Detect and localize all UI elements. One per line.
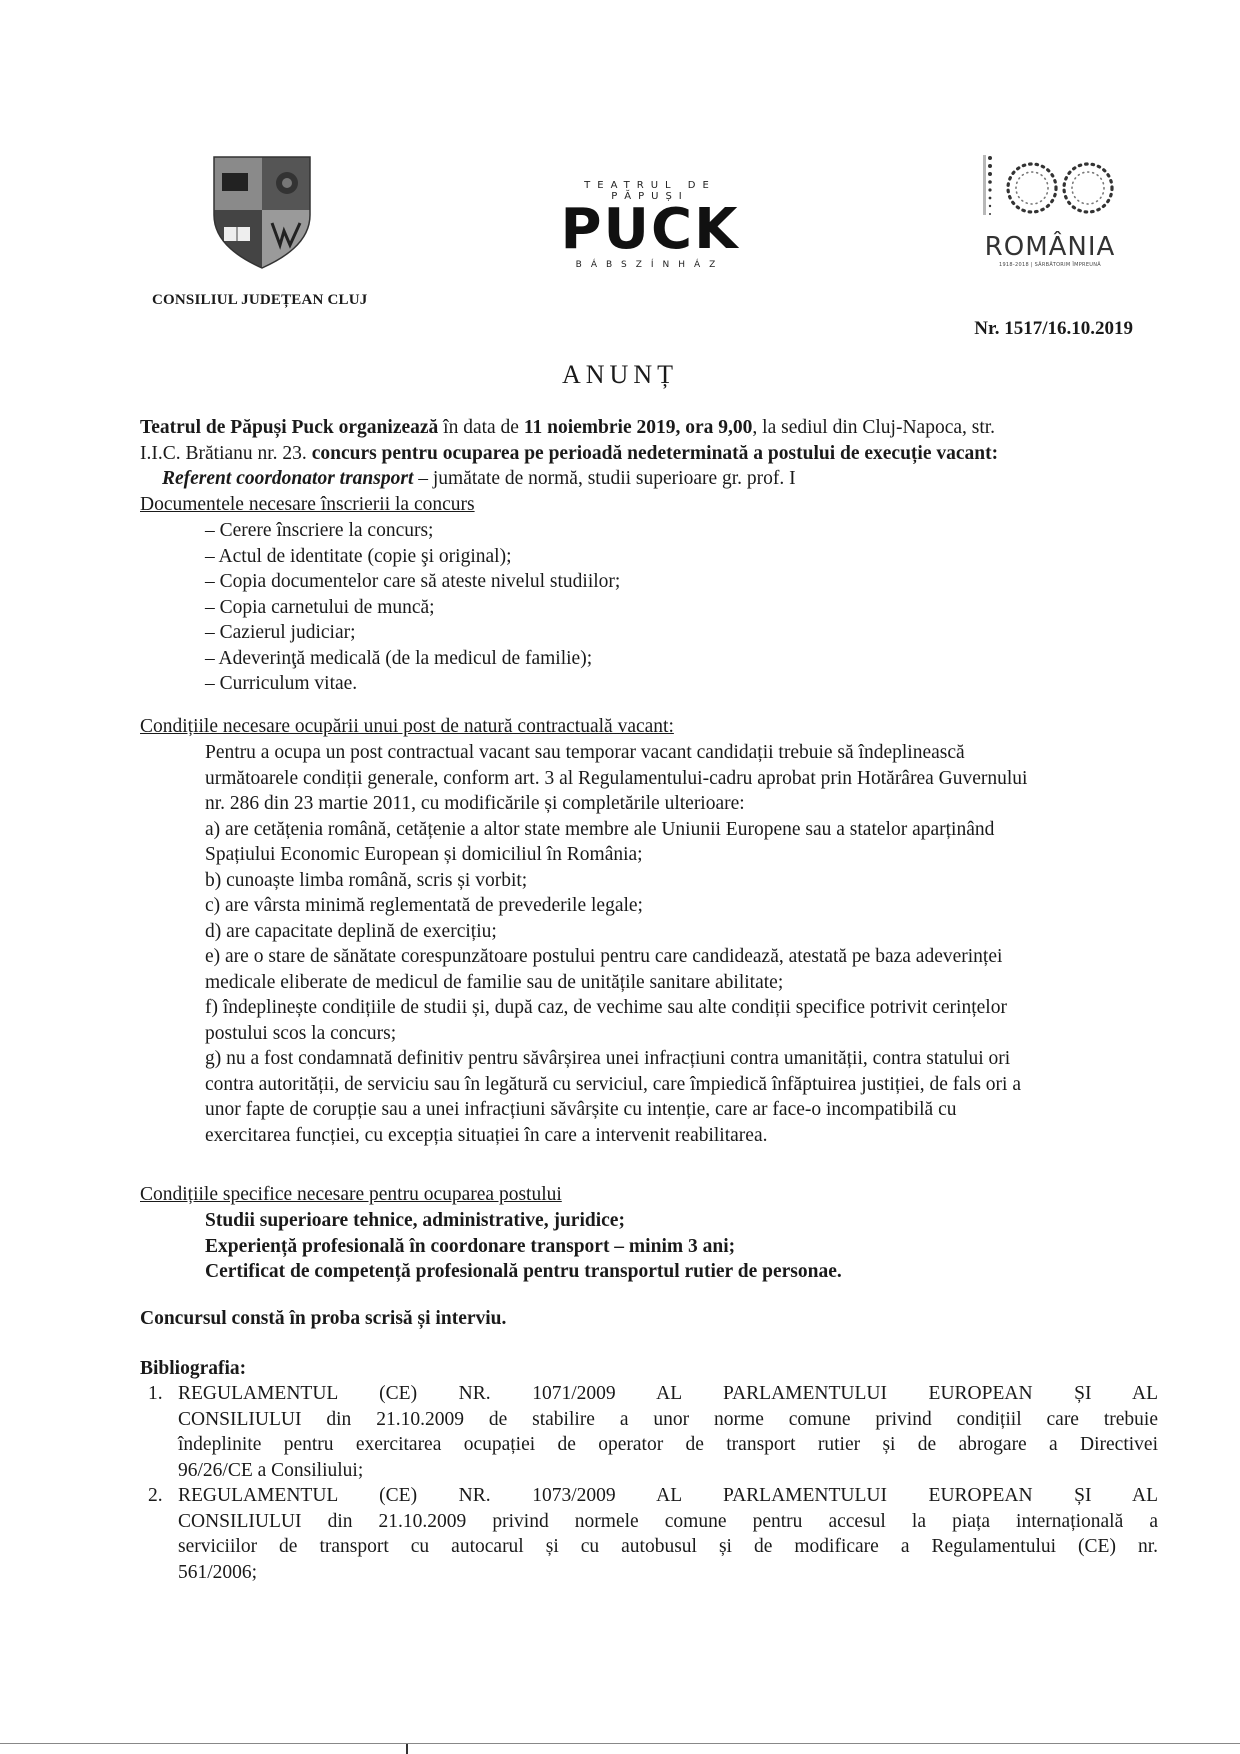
intro-text: în data de: [438, 417, 524, 438]
list-item: – Cerere înscriere la concurs;: [205, 518, 620, 544]
position-title: Referent coordonator transport: [162, 468, 413, 489]
document-title: ANUNȚ: [0, 360, 1240, 390]
bibliography-line: 96/26/CE a Consiliului;: [178, 1458, 1158, 1484]
list-item: a) are cetățenia română, cetățenie a alt…: [205, 817, 1027, 843]
position-details: – jumătate de normă, studii superioare g…: [413, 468, 795, 489]
bibliography-item-text: REGULAMENTUL (CE) NR. 1073/2009 AL PARLA…: [178, 1483, 1158, 1585]
list-item: – Cazierul judiciar;: [205, 620, 620, 646]
list-item: postului scos la concurs;: [205, 1021, 1027, 1047]
intro-contest-description: concurs pentru ocuparea pe perioadă nede…: [312, 443, 998, 464]
list-item: Experiență profesională în coordonare tr…: [205, 1234, 842, 1260]
list-item: unor fapte de corupție sau a unei infrac…: [205, 1097, 1027, 1123]
bibliography-item: 1.REGULAMENTUL (CE) NR. 1071/2009 AL PAR…: [148, 1381, 1158, 1483]
romania-centenary-logo: ROMÂNIA 1918-2018 | SĂRBĂTORIM ÎMPREUNĂ: [970, 150, 1130, 268]
bibliography-line: serviciilor de transport cu autocarul și…: [178, 1534, 1158, 1560]
list-item: Pentru a ocupa un post contractual vacan…: [205, 740, 1027, 766]
council-name: CONSILIUL JUDEȚEAN CLUJ: [152, 292, 367, 309]
bibliography-heading: Bibliografia:: [140, 1356, 246, 1382]
bibliography-line: REGULAMENTUL (CE) NR. 1073/2009 AL PARLA…: [178, 1483, 1158, 1509]
list-item: contra autorității, de serviciu sau în l…: [205, 1072, 1027, 1098]
intro-line-2: I.I.C. Brătianu nr. 23. concurs pentru o…: [140, 441, 1150, 467]
list-item: f) îndeplinește condițiile de studii și,…: [205, 995, 1027, 1021]
list-item: exercitarea funcției, cu excepția situaț…: [205, 1123, 1027, 1149]
intro-organizer: Teatrul de Păpuși Puck organizează: [140, 417, 438, 438]
bibliography-list: 1.REGULAMENTUL (CE) NR. 1071/2009 AL PAR…: [148, 1381, 1158, 1585]
list-item: – Copia carnetului de muncă;: [205, 595, 620, 621]
list-item: d) are capacitate deplină de exercițiu;: [205, 919, 1027, 945]
required-documents-list: – Cerere înscriere la concurs;– Actul de…: [205, 518, 620, 697]
intro-location: , la sediul din Cluj-Napoca, str.: [752, 417, 995, 438]
bibliography-item: 2.REGULAMENTUL (CE) NR. 1073/2009 AL PAR…: [148, 1483, 1158, 1585]
page-edge-mark: [406, 1744, 408, 1754]
list-item: Certificat de competență profesională pe…: [205, 1259, 842, 1285]
page-bottom-rule: [0, 1743, 1240, 1744]
bibliography-line: CONSILIULUI din 21.10.2009 de stabilire …: [178, 1407, 1158, 1433]
bibliography-line: CONSILIULUI din 21.10.2009 privind norme…: [178, 1509, 1158, 1535]
list-item: medicale eliberate de medicul de familie…: [205, 970, 1027, 996]
bibliography-item-number: 1.: [148, 1381, 178, 1483]
theatre-logo-word: PUCK: [545, 204, 755, 256]
general-conditions-body: Pentru a ocupa un post contractual vacan…: [205, 740, 1027, 1148]
list-item: e) are o stare de sănătate corespunzătoa…: [205, 944, 1027, 970]
intro-line-1: Teatrul de Păpuși Puck organizează în da…: [140, 415, 1150, 441]
bibliography-item-number: 2.: [148, 1483, 178, 1585]
centenary-logo-subtitle: 1918-2018 | SĂRBĂTORIM ÎMPREUNĂ: [970, 262, 1130, 268]
specific-conditions-heading: Condițiile specifice necesare pentru ocu…: [140, 1182, 562, 1208]
puck-theatre-logo: TEATRUL DE PĂPUȘI PUCK BÁBSZÍNHÁZ: [545, 180, 755, 270]
contest-format-note: Concursul constă în proba scrisă și inte…: [140, 1306, 506, 1332]
bibliography-item-text: REGULAMENTUL (CE) NR. 1071/2009 AL PARLA…: [178, 1381, 1158, 1483]
intro-paragraph: Teatrul de Păpuși Puck organizează în da…: [140, 415, 1150, 492]
centenary-logo-word: ROMÂNIA: [970, 232, 1130, 262]
list-item: c) are vârsta minimă reglementată de pre…: [205, 893, 1027, 919]
centenary-dots-icon: [970, 150, 1130, 225]
general-conditions-heading: Condițiile necesare ocupării unui post d…: [140, 714, 674, 740]
intro-date-time: 11 noiembrie 2019, ora 9,00: [524, 417, 753, 438]
list-item: nr. 286 din 23 martie 2011, cu modificăr…: [205, 791, 1027, 817]
bibliography-line: îndeplinite pentru exercitarea ocupației…: [178, 1432, 1158, 1458]
list-item: Spațiului Economic European și domiciliu…: [205, 842, 1027, 868]
list-item: – Copia documentelor care să ateste nive…: [205, 569, 620, 595]
list-item: b) cunoaște limba română, scris și vorbi…: [205, 868, 1027, 894]
required-documents-heading: Documentele necesare înscrierii la concu…: [140, 492, 475, 518]
list-item: următoarele condiții generale, conform a…: [205, 766, 1027, 792]
document-number: Nr. 1517/16.10.2019: [974, 318, 1133, 340]
list-item: – Curriculum vitae.: [205, 671, 620, 697]
intro-address: I.I.C. Brătianu nr. 23.: [140, 443, 312, 464]
list-item: – Actul de identitate (copie şi original…: [205, 544, 620, 570]
list-item: g) nu a fost condamnată definitiv pentru…: [205, 1046, 1027, 1072]
bibliography-line: REGULAMENTUL (CE) NR. 1071/2009 AL PARLA…: [178, 1381, 1158, 1407]
bibliography-line: 561/2006;: [178, 1560, 1158, 1586]
theatre-logo-bottom-line: BÁBSZÍNHÁZ: [545, 260, 755, 270]
specific-conditions-list: Studii superioare tehnice, administrativ…: [205, 1208, 842, 1285]
county-crest-icon: [212, 155, 312, 270]
intro-line-3: Referent coordonator transport – jumătat…: [140, 466, 1150, 492]
list-item: – Adeverinţă medicală (de la medicul de …: [205, 646, 620, 672]
list-item: Studii superioare tehnice, administrativ…: [205, 1208, 842, 1234]
